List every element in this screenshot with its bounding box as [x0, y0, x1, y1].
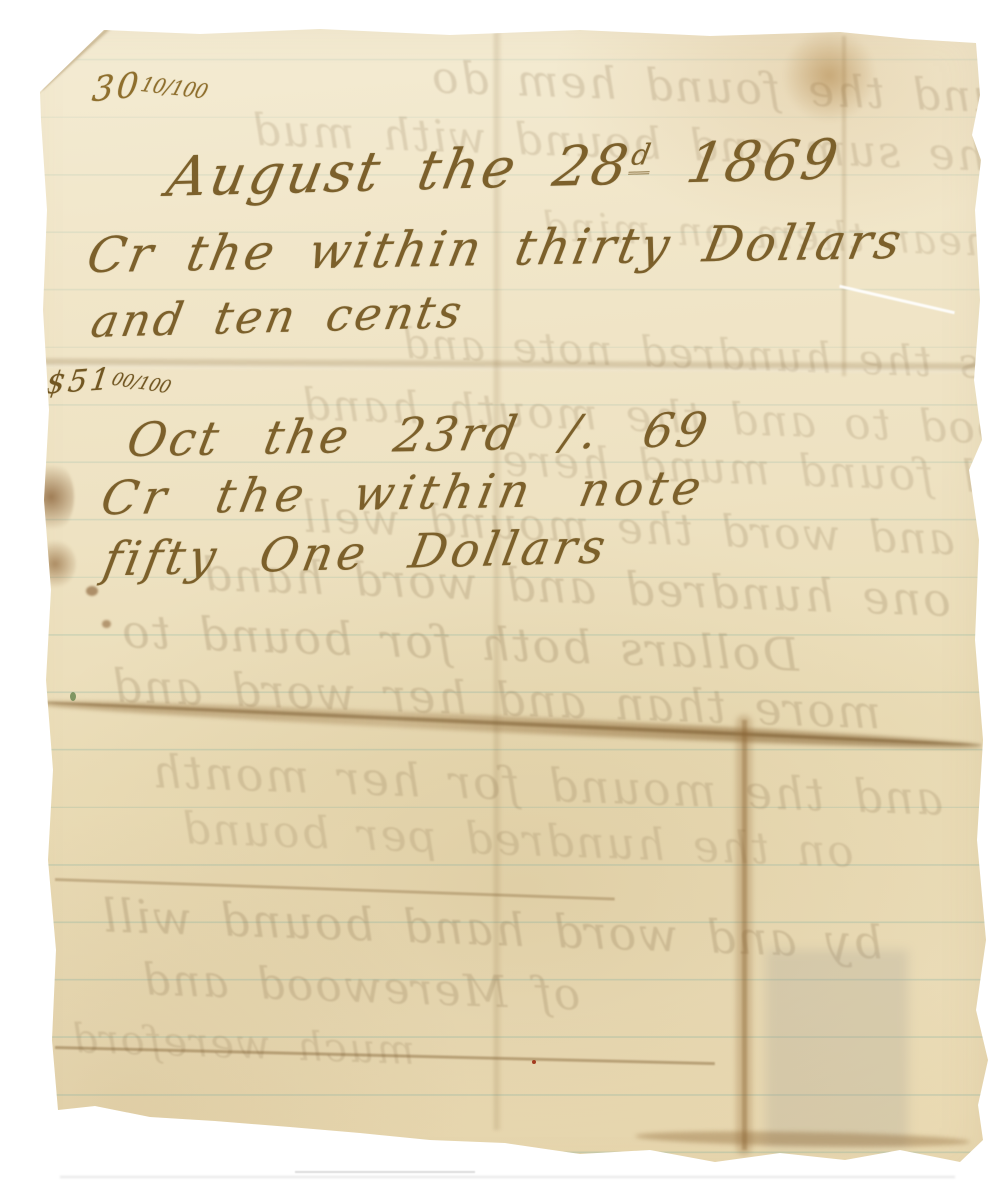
date-year: 1869 [682, 127, 846, 195]
amount-dollars: $51 [44, 362, 115, 402]
credit-line-2: Cr the within note [97, 461, 711, 527]
cents-line-1: and ten cents [87, 285, 469, 348]
amount-dollars: 30 [90, 65, 143, 111]
amount-fraction: 00/100 [109, 369, 174, 398]
document-paper: mo and the found hem do the sum and boun… [0, 0, 1005, 1200]
scanner-shadow-dash [295, 1171, 475, 1173]
date-text: August the 28 [162, 133, 636, 209]
date-line-2: Oct the 23rd /. 69 [123, 403, 715, 468]
amount-fraction: 10/100 [138, 73, 211, 104]
scanner-shadow-line [60, 1176, 955, 1178]
